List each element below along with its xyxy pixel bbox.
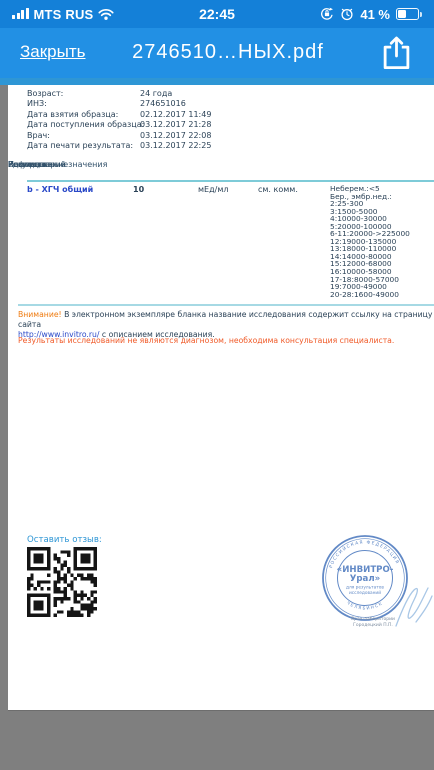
meta-value: 274651016 (140, 99, 186, 108)
wifi-icon (98, 8, 114, 20)
meta-label: Возраст: (27, 89, 140, 99)
pdf-page[interactable]: Возраст:24 года ИНЗ:274651016 Дата взяти… (8, 85, 434, 710)
meta-row: Врач:03.12.2017 22:08 (27, 131, 430, 141)
attention-label: Внимание! (18, 310, 62, 319)
alarm-icon (340, 7, 354, 21)
status-bar: MTS RUS 22:45 41 % (0, 0, 434, 28)
attention-notice: Внимание! В электронном экземпляре бланк… (18, 310, 434, 339)
document-meta: Возраст:24 года ИНЗ:274651016 Дата взяти… (27, 89, 430, 151)
feedback-label: Оставить отзыв: (27, 535, 102, 545)
orientation-lock-icon (320, 7, 334, 21)
battery-icon (396, 8, 419, 20)
meta-row: Дата взятия образца:02.12.2017 11:49 (27, 110, 430, 120)
stamp-sub-2: исследований (349, 589, 381, 596)
screen: MTS RUS 22:45 41 % Зак (0, 0, 434, 770)
cellular-signal-icon (12, 9, 29, 20)
status-right: 41 % (320, 7, 422, 22)
share-button[interactable] (380, 36, 413, 70)
meta-label: Дата печати результата: (27, 141, 140, 151)
comment-column: Неберем.:<5Бер., эмбр.нед.:2:25-3003:150… (330, 185, 434, 298)
meta-row: Дата поступления образца:03.12.2017 21:2… (27, 120, 430, 130)
test-name-link[interactable]: b - ХГЧ общий (27, 185, 93, 194)
column-header: Комментарий (8, 160, 66, 169)
meta-value: 03.12.2017 22:25 (140, 141, 211, 150)
result-units: мЕд/мл (198, 185, 228, 194)
qr-code (27, 547, 97, 617)
status-left: MTS RUS (12, 7, 114, 22)
stamp-title-2: Урал» (350, 574, 380, 584)
meta-value: 03.12.2017 21:28 (140, 120, 211, 129)
disclaimer-text: Результаты исследований не являются диаг… (18, 336, 434, 345)
meta-label: ИНЗ: (27, 99, 140, 109)
pdf-header-band (0, 78, 434, 85)
close-button[interactable]: Закрыть (20, 42, 85, 62)
comment-line: 20-28:1600-49000 (330, 291, 434, 299)
meta-label: Врач: (27, 131, 140, 141)
table-header-rule (27, 180, 434, 182)
reference-value: см. комм. (258, 185, 322, 194)
section-separator (18, 304, 434, 306)
document-title: 2746510…НЫХ.pdf (80, 41, 376, 64)
meta-label: Дата поступления образца: (27, 120, 140, 130)
share-icon (380, 36, 413, 70)
carrier-label: MTS RUS (34, 7, 94, 22)
battery-percent-label: 41 % (360, 7, 390, 22)
meta-row: Возраст:24 года (27, 89, 430, 99)
meta-value: 02.12.2017 11:49 (140, 110, 211, 119)
meta-label: Дата взятия образца: (27, 110, 140, 120)
stamp-sub-1: для результатов (346, 586, 384, 591)
signer-block: Врач-лаборатории Городецкий П.П. (338, 617, 408, 628)
notice-text: В электронном экземпляре бланка название… (18, 310, 432, 329)
meta-value: 24 года (140, 89, 172, 98)
meta-row: Дата печати результата:03.12.2017 22:25 (27, 141, 430, 151)
nav-bar: Закрыть 2746510…НЫХ.pdf (0, 28, 434, 78)
signer-name: Городецкий П.П. (338, 623, 408, 629)
meta-value: 03.12.2017 22:08 (140, 131, 211, 140)
meta-row: ИНЗ:274651016 (27, 99, 430, 109)
result-value: 10 (133, 185, 144, 194)
